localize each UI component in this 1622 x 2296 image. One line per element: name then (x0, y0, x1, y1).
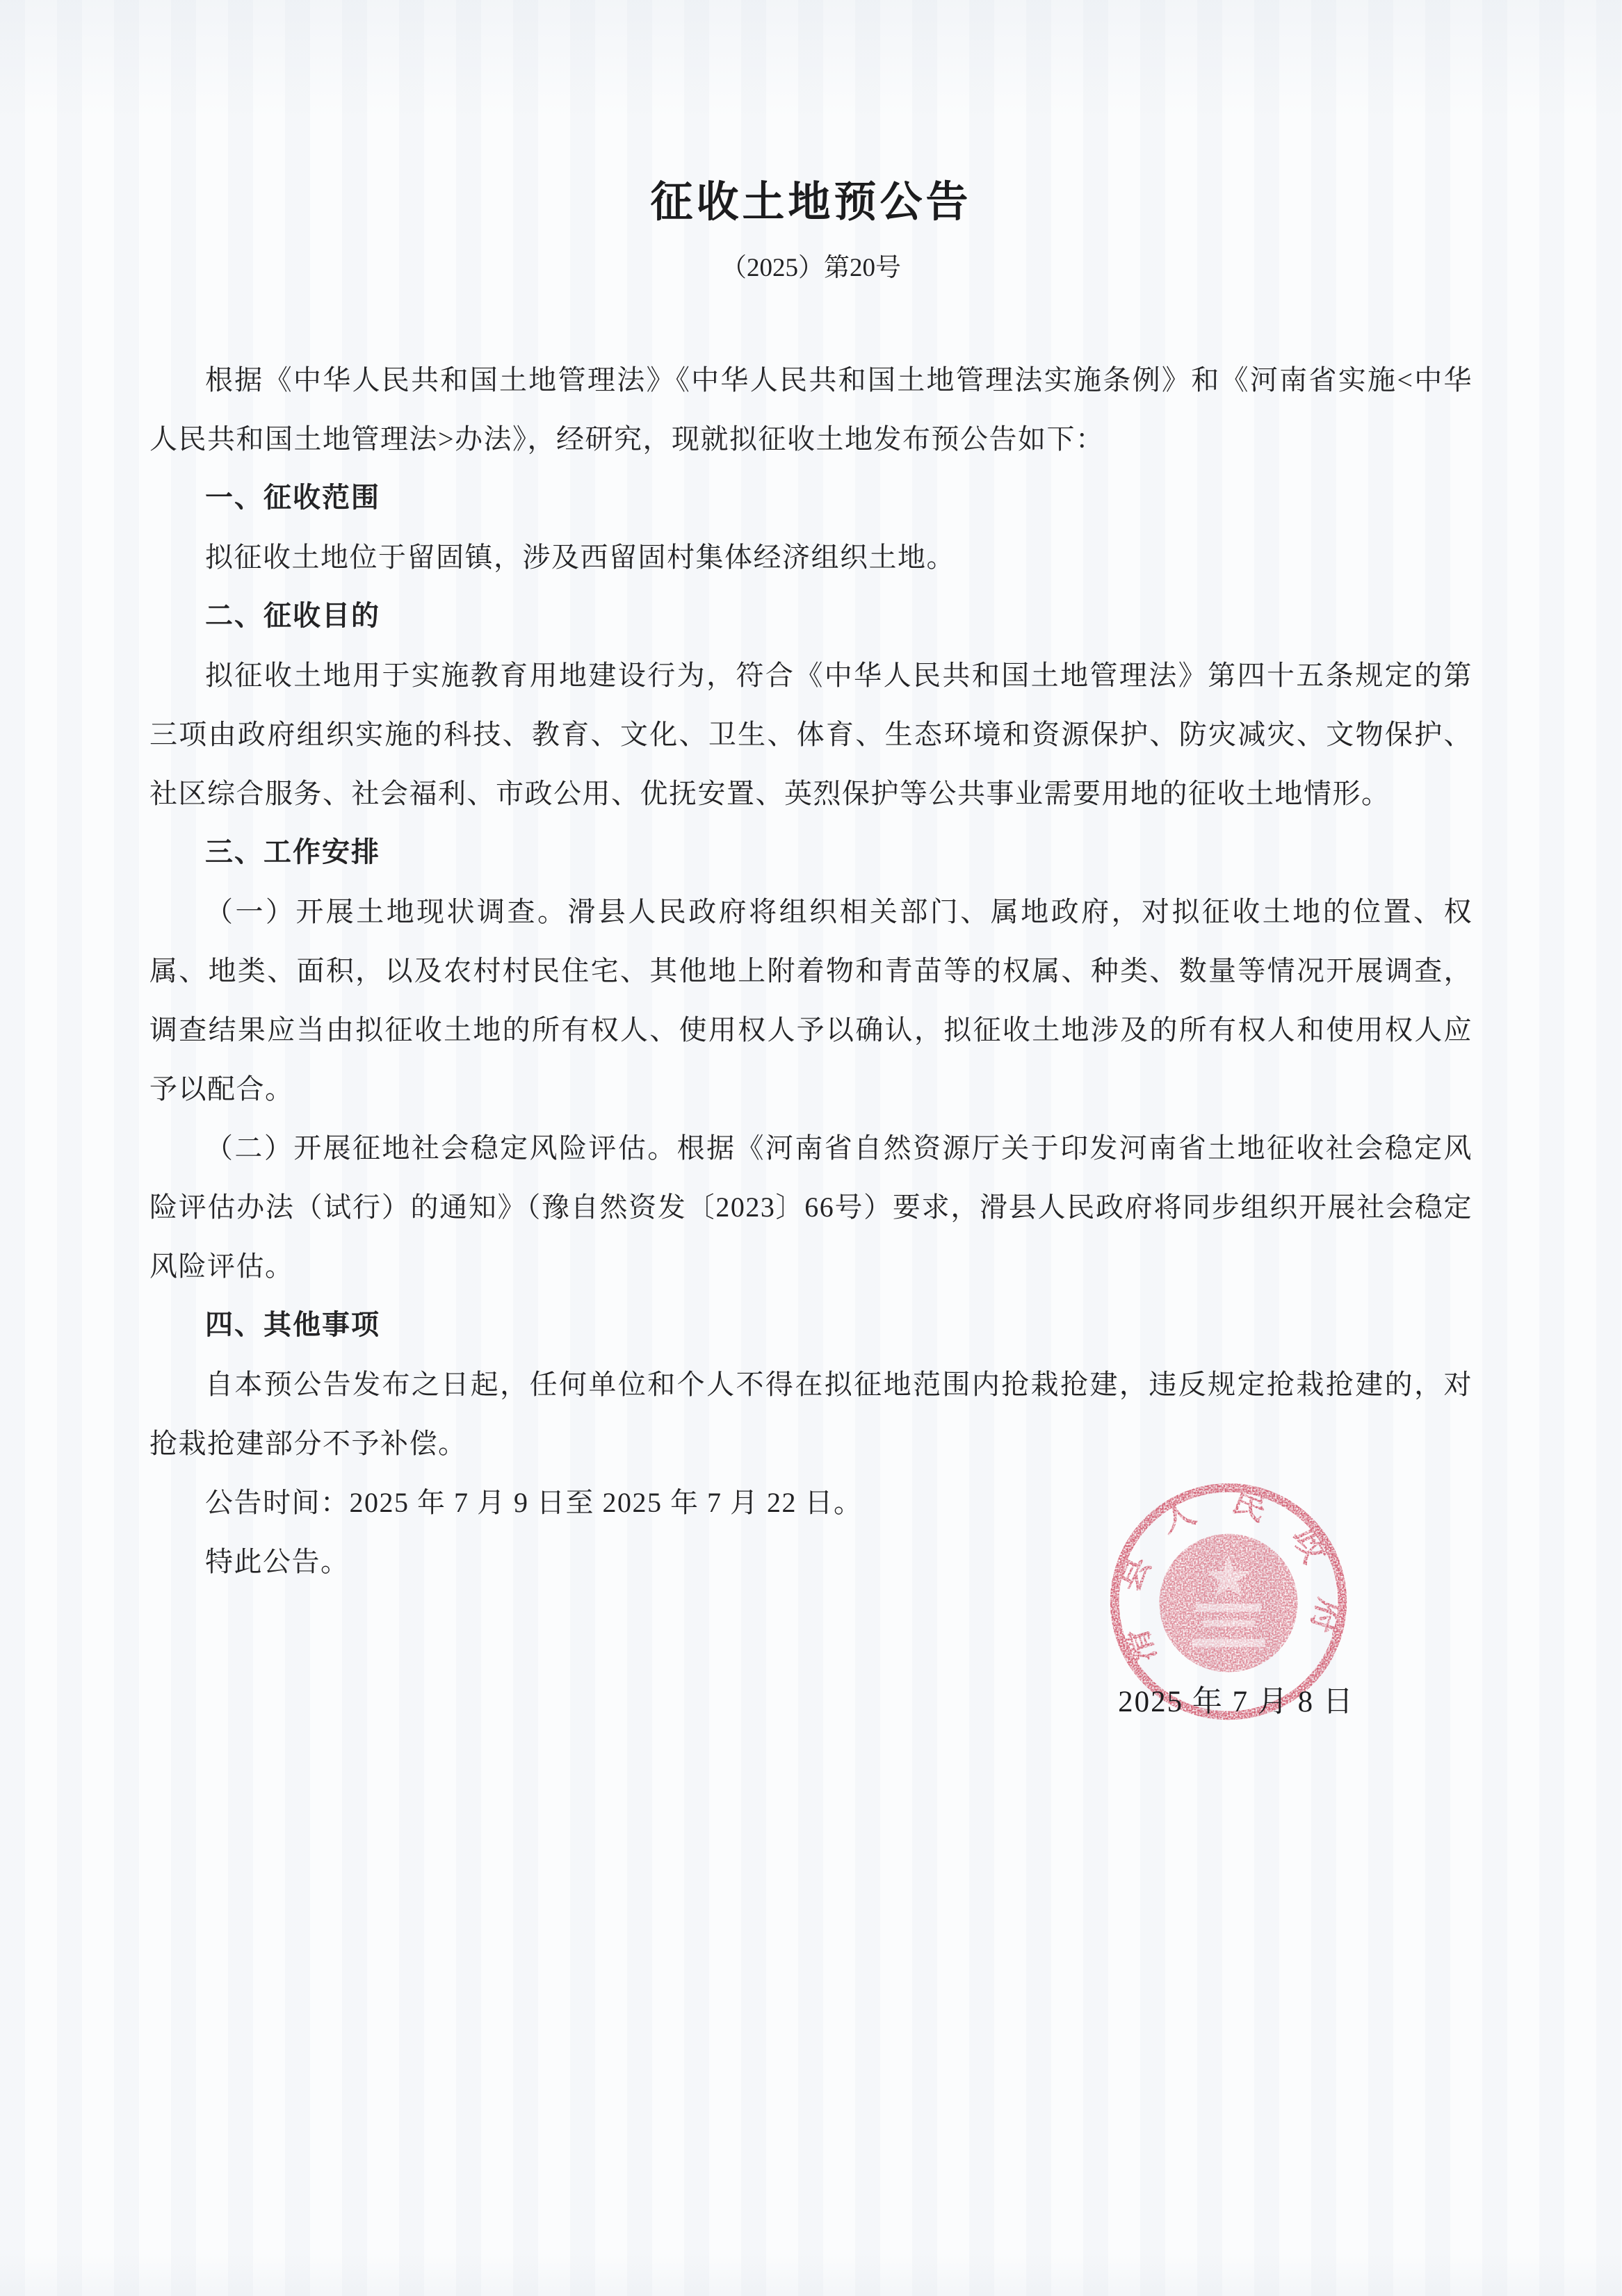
doc-number: （2025）第20号 (0, 246, 1622, 284)
seal-date: 2025 年 7 月 8 日 (1118, 1678, 1354, 1720)
document-body: 根据《中华人民共和国土地管理法》《中华人民共和国土地管理法实施条例》和《河南省实… (149, 350, 1473, 1591)
body-paragraph: 拟征收土地用于实施教育用地建设行为，符合《中华人民共和国土地管理法》第四十五条规… (149, 646, 1473, 823)
body-paragraph: 拟征收土地位于留固镇，涉及西留固村集体经济组织土地。 (149, 528, 1473, 587)
page-title: 征收土地预公告 (0, 168, 1622, 229)
body-paragraph: （一）开展土地现状调查。滑县人民政府将组织相关部门、属地政府，对拟征收土地的位置… (149, 882, 1473, 1118)
national-emblem-icon (1160, 1534, 1298, 1672)
body-paragraph: 自本预公告发布之日起，任何单位和个人不得在拟征地范围内抢栽抢建，违反规定抢栽抢建… (149, 1355, 1473, 1473)
section-heading: 一、征收范围 (149, 469, 1473, 528)
announcement-page: 征收土地预公告 （2025）第20号 根据《中华人民共和国土地管理法》《中华人民… (0, 0, 1622, 2296)
section-heading: 二、征收目的 (149, 587, 1473, 646)
section-heading: 四、其他事项 (149, 1296, 1473, 1355)
section-heading: 三、工作安排 (149, 823, 1473, 882)
body-paragraph: 根据《中华人民共和国土地管理法》《中华人民共和国土地管理法实施条例》和《河南省实… (149, 350, 1473, 469)
body-paragraph: （二）开展征地社会稳定风险评估。根据《河南省自然资源厅关于印发河南省土地征收社会… (149, 1118, 1473, 1296)
